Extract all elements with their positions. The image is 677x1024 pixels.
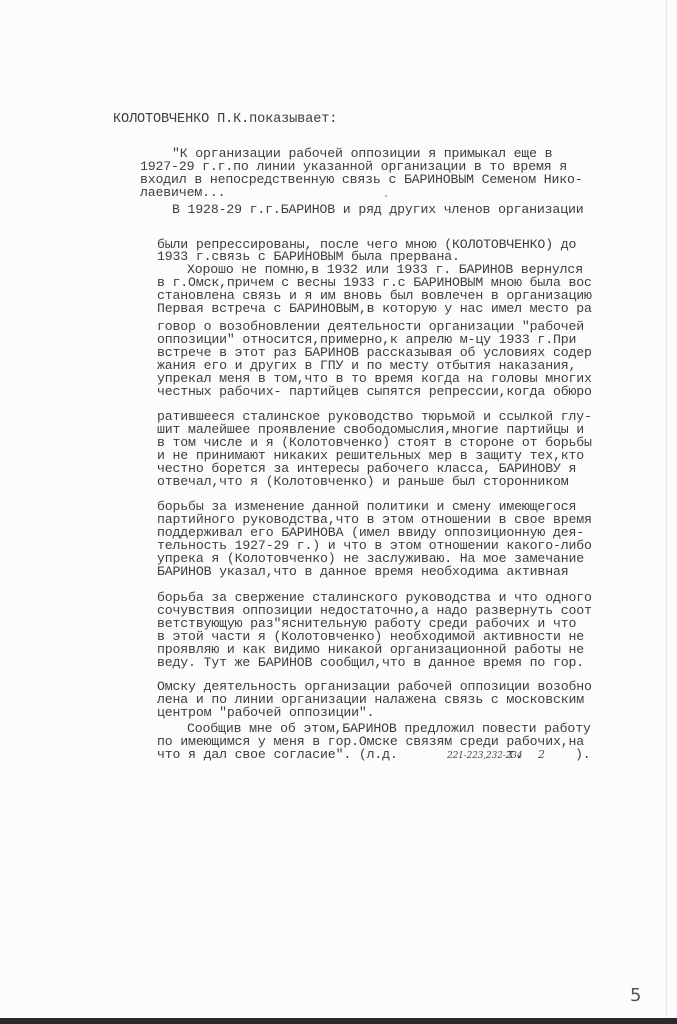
text-line: что я дал свое согласие". (л.д. <box>157 748 398 762</box>
text-line: веду. Тут же БАРИНОВ сообщил,что в данно… <box>157 656 584 670</box>
citation-volume-number: 2 <box>538 748 545 761</box>
witness-heading: КОЛОТОВЧЕНКО П.К.показывает: <box>113 113 337 127</box>
text-line: отвечал,что я (Колотовченко) и раньше бы… <box>157 475 568 489</box>
scan-border <box>0 1018 677 1024</box>
text-line: лаевичем... <box>140 186 225 200</box>
citation-volume: 2 <box>538 748 545 762</box>
text-line: Первая встреча с БАРИНОВЫМ,в которую у н… <box>157 302 592 316</box>
document-page: КОЛОТОВЧЕНКО П.К.показывает: "К организа… <box>0 0 677 1024</box>
scan-speck <box>165 240 167 242</box>
text-line: честных рабочих- партийцев сыпятся репре… <box>157 385 592 399</box>
page-number: 5 <box>630 985 641 1006</box>
citation-volume-prefix: т. <box>507 748 523 762</box>
page-edge <box>666 0 667 1018</box>
text-line: центром "рабочей оппозиции". <box>157 706 374 720</box>
text-line: БАРИНОВ указал,что в данное время необхо… <box>157 565 568 579</box>
scan-speck <box>378 150 380 152</box>
citation-close: ). <box>575 748 591 762</box>
scan-speck <box>385 195 387 197</box>
text-line: В 1928-29 г.г.БАРИНОВ и ряд других члено… <box>172 203 583 217</box>
